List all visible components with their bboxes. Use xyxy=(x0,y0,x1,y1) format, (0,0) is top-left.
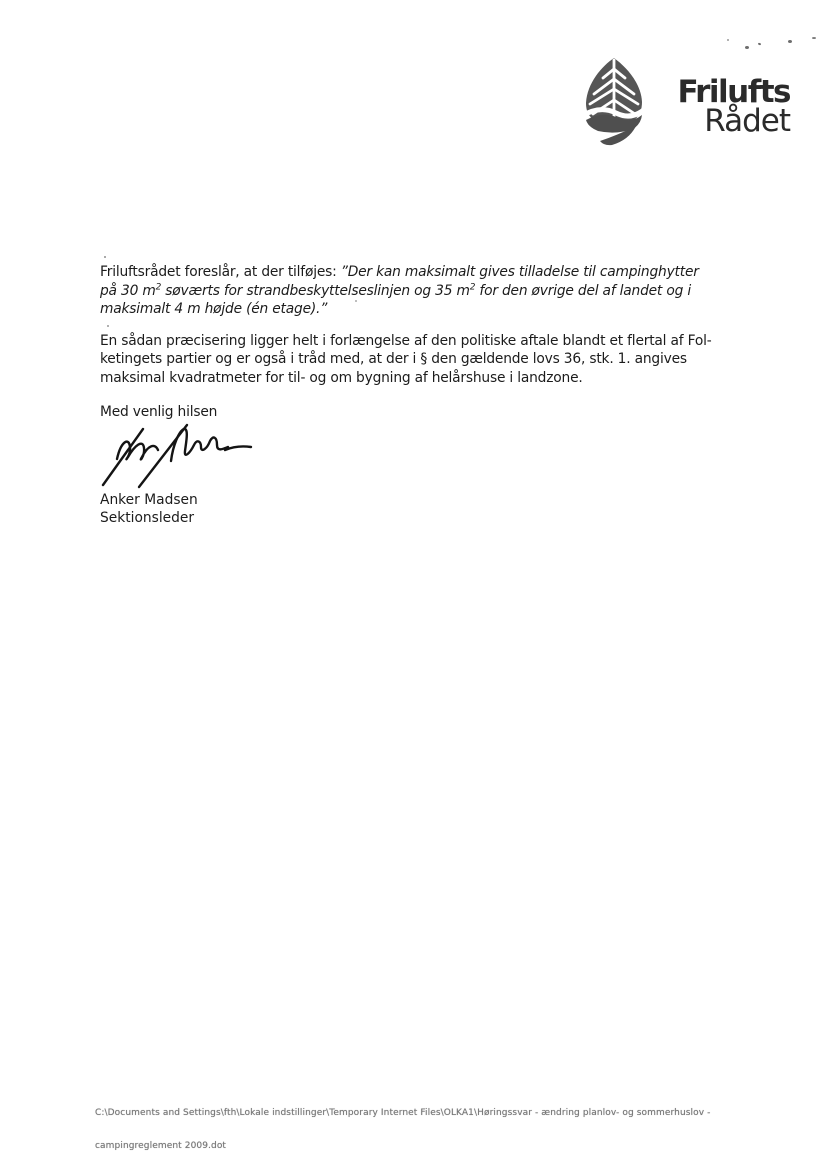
letter-body: Friluftsrådet foreslår, at der tilføjes:… xyxy=(100,263,760,422)
scan-speck xyxy=(104,256,106,258)
quote-line2-c: for den øvrige del af landet og i xyxy=(475,283,691,299)
proposal-quote-line1: ”Der kan maksimalt gives tilladelse til … xyxy=(341,264,699,280)
scan-speck xyxy=(758,43,762,46)
quote-line2-a: på 30 m xyxy=(100,283,156,299)
scan-speck xyxy=(788,40,792,43)
brand-name-line2: Rådet xyxy=(652,107,790,136)
paragraph-proposal: Friluftsrådet foreslår, at der tilføjes:… xyxy=(100,263,760,319)
signer-name: Anker Madsen xyxy=(100,491,198,509)
paragraph-clarification-line3: maksimal kvadratmeter for til- og om byg… xyxy=(100,369,760,388)
signer-block: Anker Madsen Sektionsleder xyxy=(100,491,198,527)
file-path-line1: C:\Documents and Settings\fth\Lokale ind… xyxy=(95,1108,775,1119)
signer-title: Sektionsleder xyxy=(100,509,198,527)
quote-line2-b: søværts for strandbeskyttelseslinjen og … xyxy=(161,283,470,299)
paragraph-clarification: En sådan præcisering ligger helt i forlæ… xyxy=(100,332,760,388)
paragraph-clarification-line1: En sådan præcisering ligger helt i forlæ… xyxy=(100,332,760,351)
scan-speck xyxy=(355,300,357,302)
proposal-intro: Friluftsrådet foreslår, at der tilføjes: xyxy=(100,264,341,280)
paragraph-proposal-line2: på 30 m2 søværts for strandbeskyttelsesl… xyxy=(100,282,760,301)
file-path-line2: campingreglement 2009.dot xyxy=(95,1141,775,1152)
paragraph-proposal-line3: maksimalt 4 m højde (én etage).” xyxy=(100,300,760,319)
scan-speck xyxy=(812,37,816,39)
leaf-logo-icon xyxy=(578,56,650,148)
paragraph-proposal-line1: Friluftsrådet foreslår, at der tilføjes:… xyxy=(100,263,760,282)
handwritten-signature xyxy=(97,417,262,489)
scan-speck xyxy=(107,325,109,327)
paragraph-clarification-line2: ketingets partier og er også i tråd med,… xyxy=(100,350,760,369)
scan-speck xyxy=(745,46,749,49)
letterhead: Frilufts Rådet xyxy=(578,56,790,148)
scan-speck xyxy=(727,39,729,41)
document-file-path: C:\Documents and Settings\fth\Lokale ind… xyxy=(95,1086,775,1169)
scanned-letter-page: Frilufts Rådet Friluftsrådet foreslår, a… xyxy=(0,0,832,1169)
brand-name: Frilufts Rådet xyxy=(652,56,790,136)
